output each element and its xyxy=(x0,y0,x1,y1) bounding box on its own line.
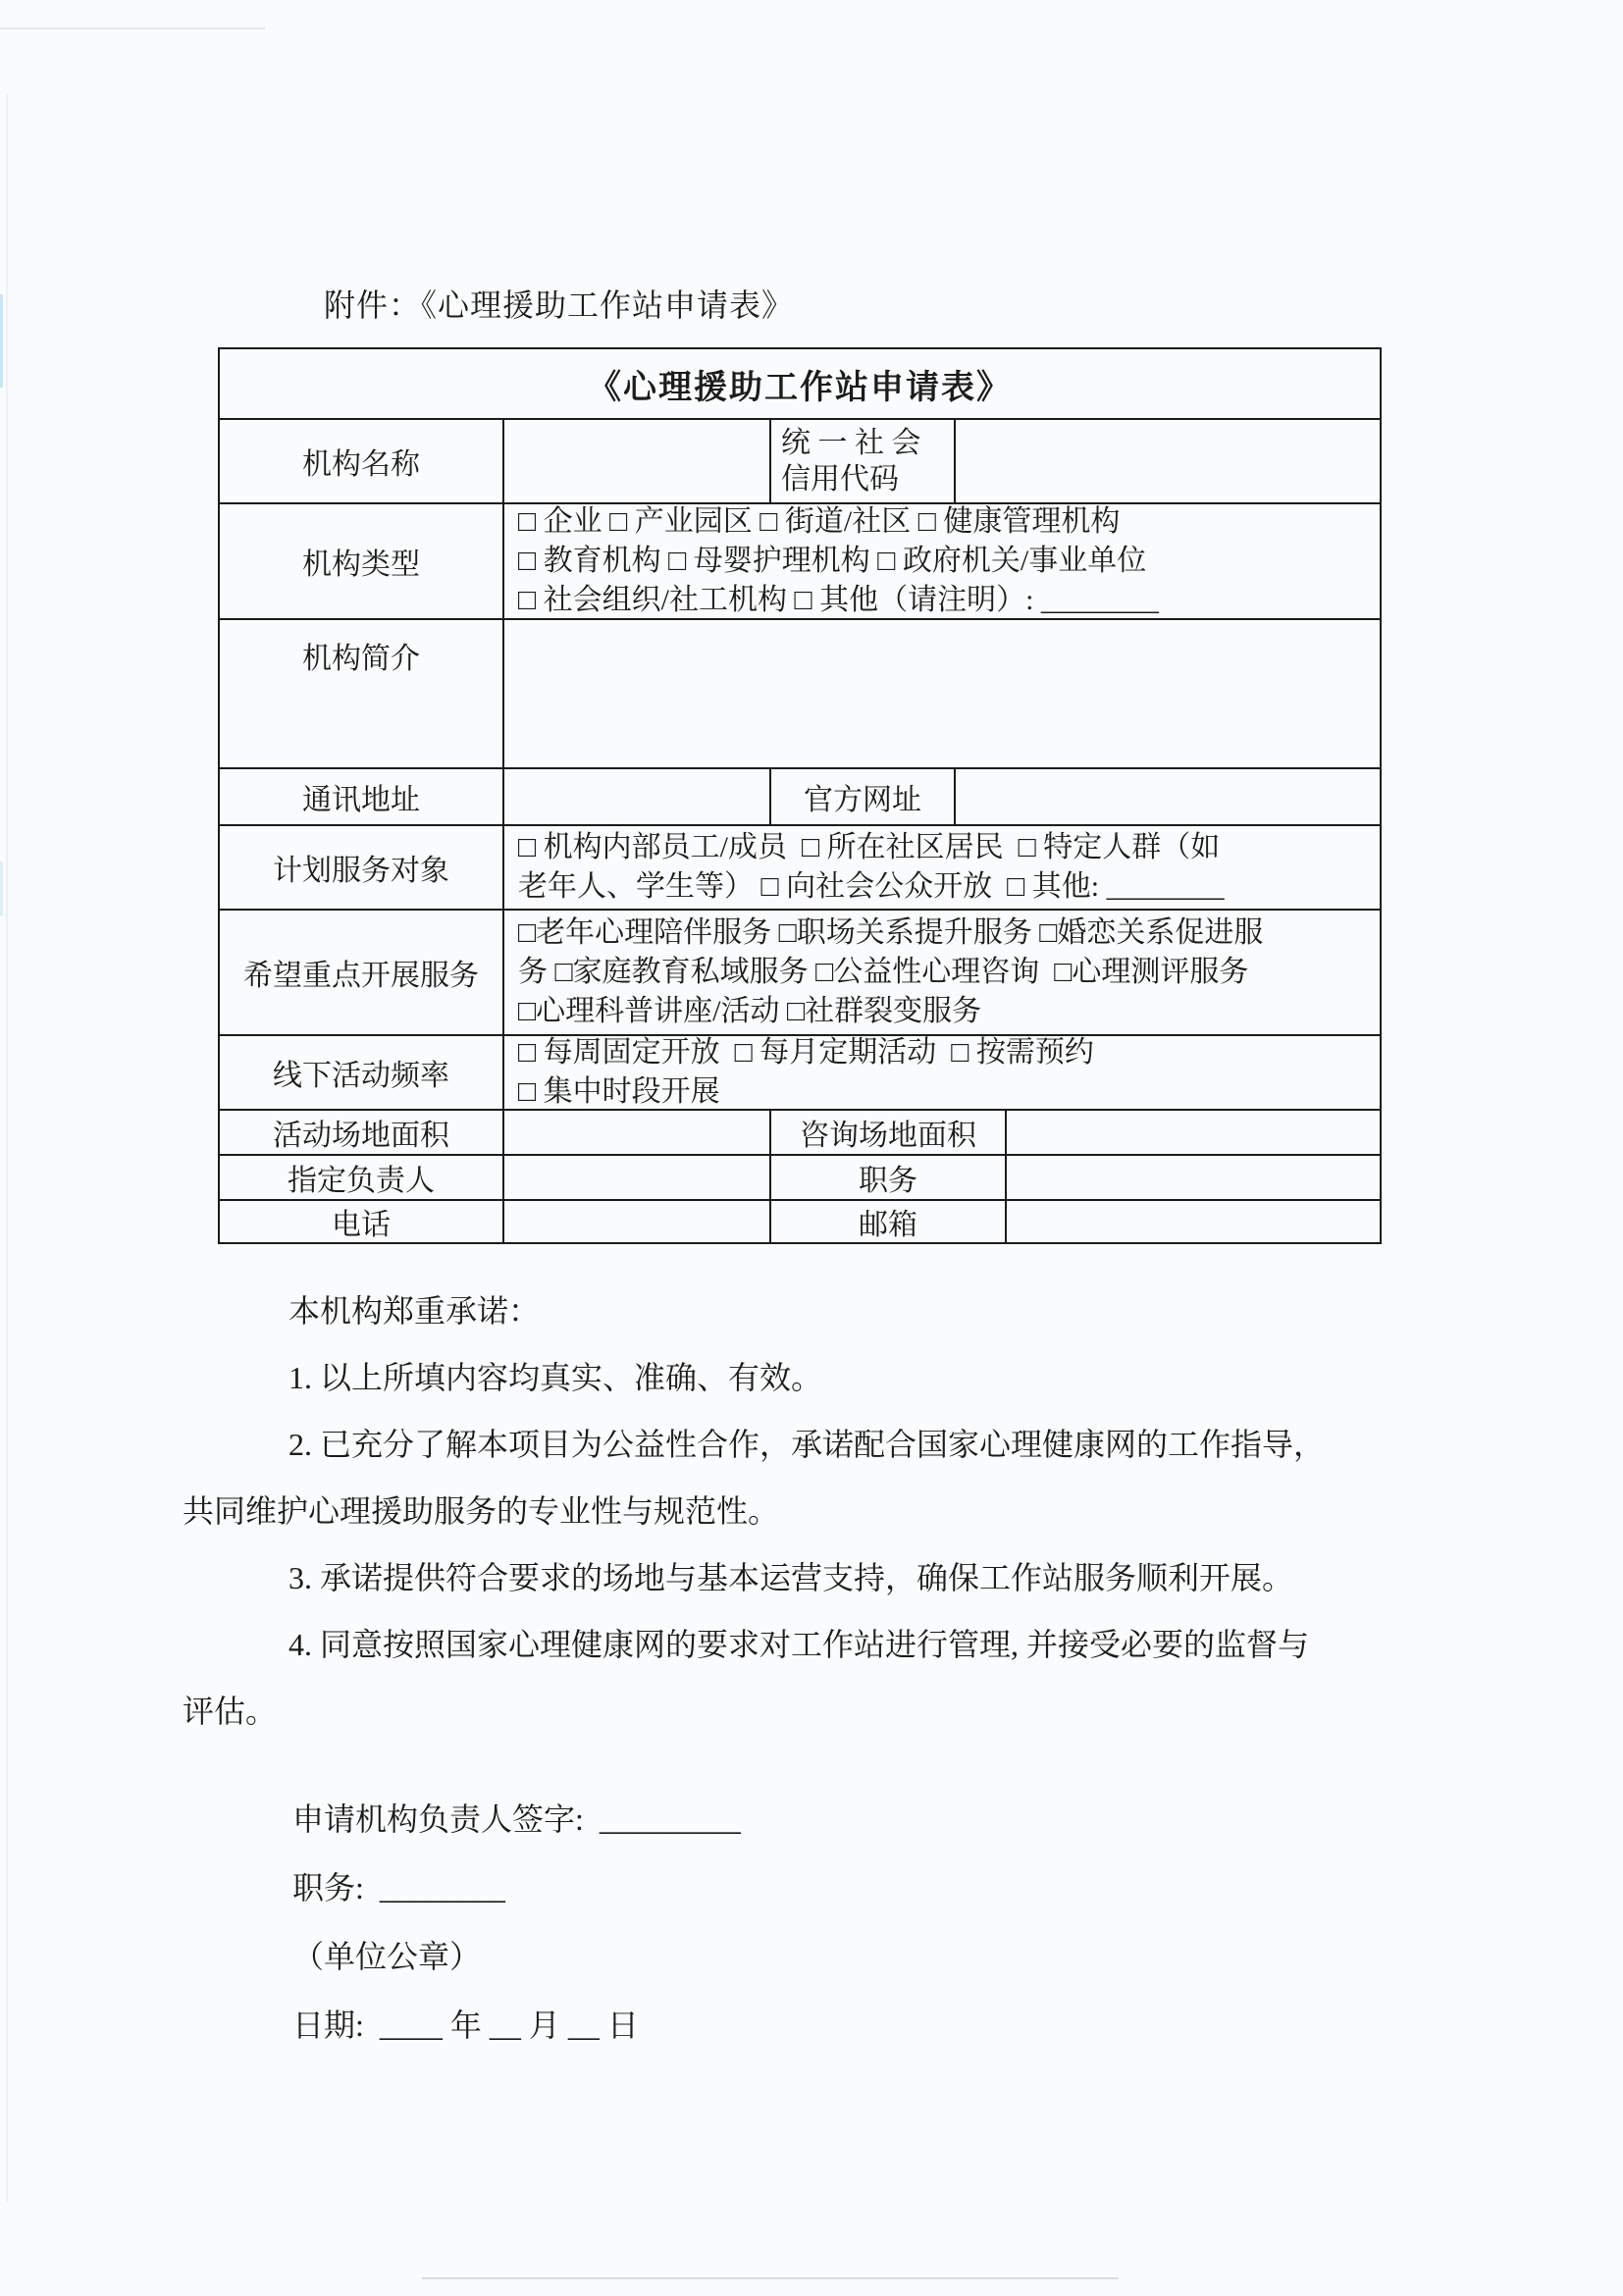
phone-label: 电话 xyxy=(220,1201,502,1242)
email-label: 邮箱 xyxy=(769,1201,1005,1242)
checkbox-option-line: □心理科普讲座/活动 □社群裂变服务 xyxy=(518,992,1374,1031)
application-form-table: 《心理援助工作站申请表》 机构名称 统 一 社 会 信用代码 机构类型 □ 企业… xyxy=(218,347,1382,1244)
position-value-cell xyxy=(1005,1156,1380,1199)
consult-area-label: 咨询场地面积 xyxy=(769,1111,1005,1154)
website-label: 官方网址 xyxy=(769,769,954,824)
org-type-options-cell: □ 企业 □ 产业园区 □ 街道/社区 □ 健康管理机构 □ 教育机构 □ 母婴… xyxy=(502,504,1380,618)
key-services-options-cell: □老年心理陪伴服务 □职场关系提升服务 □婚恋关系促进服 务 □家庭教育私域服务… xyxy=(502,911,1380,1034)
offline-frequency-options-cell: □ 每周固定开放 □ 每月定期活动 □ 按需预约 □ 集中时段开展 xyxy=(502,1036,1380,1109)
credit-code-label-line2: 信用代码 xyxy=(781,461,954,497)
signature-position-line: 职务: ________ xyxy=(292,1864,741,1933)
table-title: 《心理援助工作站申请表》 xyxy=(220,349,1380,418)
checkbox-option-line: □ 机构内部员工/成员 □ 所在社区居民 □ 特定人群（如 xyxy=(518,828,1374,867)
row-address: 通讯地址 官方网址 xyxy=(220,767,1380,824)
checkbox-option-line: □ 教育机构 □ 母婴护理机构 □ 政府机关/事业单位 xyxy=(518,542,1374,581)
credit-code-label: 统 一 社 会 信用代码 xyxy=(769,420,954,502)
email-value-cell xyxy=(1005,1201,1380,1242)
row-key-services: 希望重点开展服务 □老年心理陪伴服务 □职场关系提升服务 □婚恋关系促进服 务 … xyxy=(220,909,1380,1034)
row-activity-area: 活动场地面积 咨询场地面积 xyxy=(220,1109,1380,1154)
scanned-document-page: 附件：《心理援助工作站申请表》 《心理援助工作站申请表》 机构名称 统 一 社 … xyxy=(0,0,1623,2296)
org-name-value-cell xyxy=(502,420,769,502)
pledge-intro: 本机构郑重承诺： xyxy=(183,1287,1419,1354)
row-phone: 电话 邮箱 xyxy=(220,1199,1380,1242)
pledge-item-1: 1. 以上所填内容均真实、准确、有效。 xyxy=(183,1354,1419,1421)
row-org-name: 机构名称 统 一 社 会 信用代码 xyxy=(220,418,1380,502)
checkbox-option-line: 务 □家庭教育私域服务 □公益性心理咨询 □心理测评服务 xyxy=(518,953,1374,992)
scan-artifact-blue-tick-1 xyxy=(0,294,3,388)
checkbox-option-line: □ 集中时段开展 xyxy=(518,1072,1374,1112)
org-name-label: 机构名称 xyxy=(220,420,502,502)
row-manager: 指定负责人 职务 xyxy=(220,1154,1380,1199)
phone-value-cell xyxy=(502,1201,769,1242)
pledge-section: 本机构郑重承诺： 1. 以上所填内容均真实、准确、有效。 2. 已充分了解本项目… xyxy=(183,1287,1419,1754)
attachment-heading: 附件：《心理援助工作站申请表》 xyxy=(324,281,794,326)
org-intro-label: 机构简介 xyxy=(220,620,502,767)
checkbox-option-line: □老年心理陪伴服务 □职场关系提升服务 □婚恋关系促进服 xyxy=(518,913,1374,953)
pledge-item-2-line1: 2. 已充分了解本项目为公益性合作，承诺配合国家心理健康网的工作指导， xyxy=(183,1421,1419,1487)
position-label: 职务 xyxy=(769,1156,1005,1199)
credit-code-value-cell xyxy=(954,420,1380,502)
manager-value-cell xyxy=(502,1156,769,1199)
consult-area-value-cell xyxy=(1005,1111,1380,1154)
scan-artifact-bottom-line xyxy=(422,2277,1119,2279)
checkbox-option-line: □ 每周固定开放 □ 每月定期活动 □ 按需预约 xyxy=(518,1033,1374,1072)
signature-date-line: 日期: ____ 年 __ 月 __ 日 xyxy=(292,2002,741,2070)
activity-area-label: 活动场地面积 xyxy=(220,1111,502,1154)
row-org-type: 机构类型 □ 企业 □ 产业园区 □ 街道/社区 □ 健康管理机构 □ 教育机构… xyxy=(220,502,1380,618)
scan-artifact-left-edge xyxy=(6,93,8,2203)
org-type-label: 机构类型 xyxy=(220,504,502,618)
address-label: 通讯地址 xyxy=(220,769,502,824)
row-offline-frequency: 线下活动频率 □ 每周固定开放 □ 每月定期活动 □ 按需预约 □ 集中时段开展 xyxy=(220,1034,1380,1109)
address-value-cell xyxy=(502,769,769,824)
row-service-targets: 计划服务对象 □ 机构内部员工/成员 □ 所在社区居民 □ 特定人群（如 老年人… xyxy=(220,824,1380,909)
scan-artifact-blue-tick-2 xyxy=(0,861,3,915)
scan-artifact-top-line xyxy=(0,27,265,29)
manager-label: 指定负责人 xyxy=(220,1156,502,1199)
checkbox-option-line: □ 社会组织/社工机构 □ 其他（请注明）: ________ xyxy=(518,581,1374,620)
row-org-intro: 机构简介 xyxy=(220,618,1380,767)
checkbox-option-line: 老年人、学生等） □ 向社会公众开放 □ 其他: ________ xyxy=(518,867,1374,907)
checkbox-option-line: □ 企业 □ 产业园区 □ 街道/社区 □ 健康管理机构 xyxy=(518,502,1374,542)
pledge-item-4-line1: 4. 同意按照国家心理健康网的要求对工作站进行管理, 并接受必要的监督与 xyxy=(183,1621,1419,1688)
org-intro-value-cell xyxy=(502,620,1380,767)
signature-seal-line: （单位公章） xyxy=(292,1933,741,2002)
activity-area-value-cell xyxy=(502,1111,769,1154)
pledge-item-4-line2: 评估。 xyxy=(183,1688,1419,1754)
pledge-item-3: 3. 承诺提供符合要求的场地与基本运营支持，确保工作站服务顺利开展。 xyxy=(183,1554,1419,1621)
pledge-item-2-line2: 共同维护心理援助服务的专业性与规范性。 xyxy=(183,1487,1419,1554)
service-targets-options-cell: □ 机构内部员工/成员 □ 所在社区居民 □ 特定人群（如 老年人、学生等） □… xyxy=(502,826,1380,909)
credit-code-label-line1: 统 一 社 会 xyxy=(781,425,954,461)
website-value-cell xyxy=(954,769,1380,824)
table-title-row: 《心理援助工作站申请表》 xyxy=(220,349,1380,418)
service-targets-label: 计划服务对象 xyxy=(220,826,502,909)
signature-section: 申请机构负责人签字: _________ 职务: ________ （单位公章）… xyxy=(292,1796,741,2070)
offline-frequency-label: 线下活动频率 xyxy=(220,1036,502,1109)
signature-sign-line: 申请机构负责人签字: _________ xyxy=(292,1796,741,1864)
key-services-label: 希望重点开展服务 xyxy=(220,911,502,1034)
